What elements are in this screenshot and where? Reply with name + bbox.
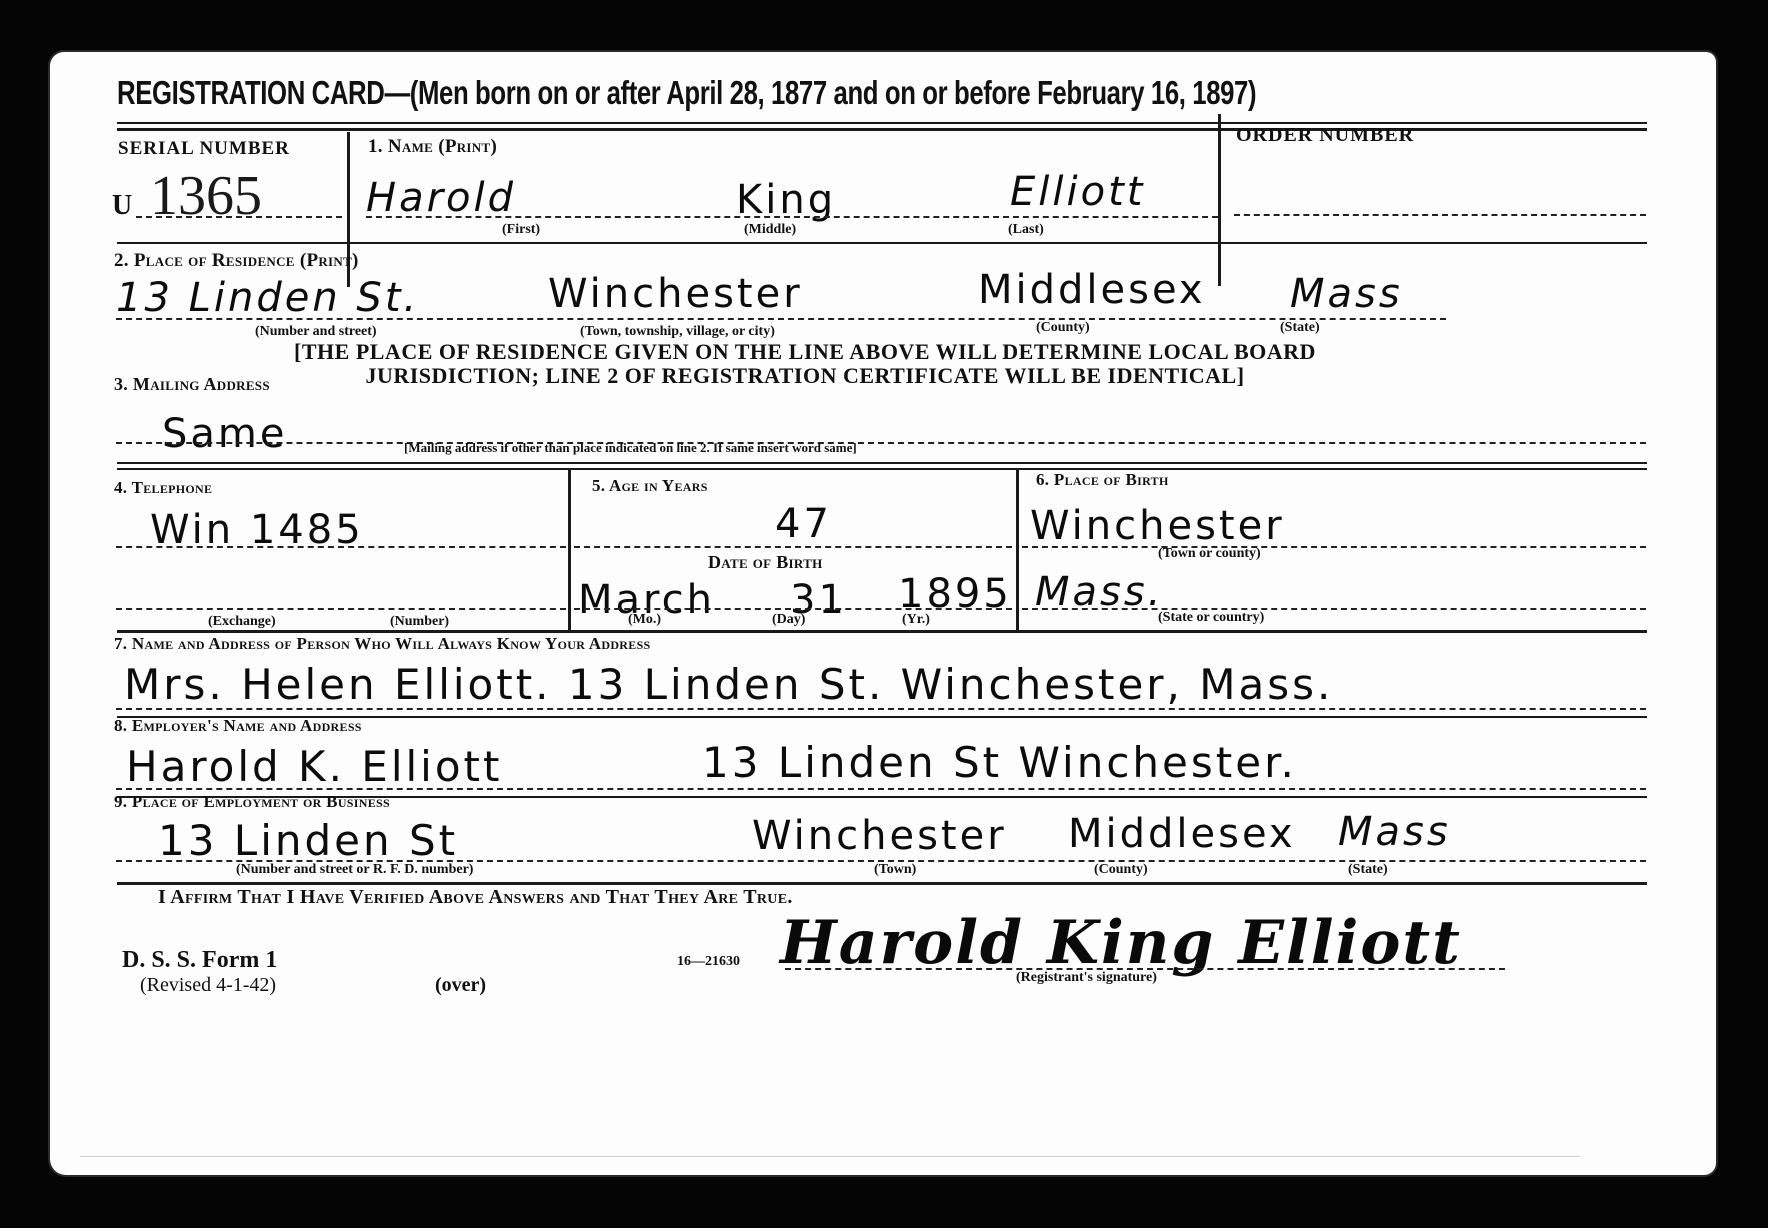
residence-state-caption: (State) [1280, 320, 1320, 336]
birthplace-state-line [1022, 608, 1646, 610]
mailing-line [116, 442, 1646, 444]
employer-name-value[interactable]: Harold K. Elliott [126, 746, 502, 788]
birthplace-town-caption: (Town or county) [1158, 546, 1261, 562]
contact-label: 7. Name and Address of Person Who Will A… [114, 634, 651, 654]
employer-address-value[interactable]: 13 Linden St Winchester. [702, 742, 1297, 784]
residence-state-value[interactable]: Mass [1290, 274, 1403, 314]
residence-line [116, 318, 1446, 320]
dob-label: Date of Birth [708, 552, 823, 573]
title-rule-2 [117, 128, 1647, 131]
notice-line-2: JURISDICTION; LINE 2 OF REGISTRATION CER… [205, 364, 1405, 388]
tel-age-divider [568, 468, 571, 630]
card-title: REGISTRATION CARD—(Men born on or after … [117, 74, 1256, 112]
employment-street-value[interactable]: 13 Linden St [158, 820, 458, 862]
card-edge-line [80, 1156, 1580, 1157]
row456-bottom-rule [117, 630, 1647, 633]
residence-town-value[interactable]: Winchester [548, 274, 803, 314]
dob-month-caption: (Mo.) [628, 612, 661, 628]
order-divider [1218, 114, 1221, 286]
telephone-line-2 [116, 608, 566, 610]
birthplace-town-line [1022, 546, 1646, 548]
first-name-value[interactable]: Harold [366, 178, 516, 218]
print-code: 16—21630 [677, 954, 740, 970]
residence-town-caption: (Town, township, village, or city) [580, 324, 775, 340]
residence-county-value[interactable]: Middlesex [978, 270, 1206, 310]
order-number-label: ORDER NUMBER [1236, 124, 1414, 147]
name-line [366, 216, 1218, 218]
birthplace-label: 6. Place of Birth [1036, 470, 1169, 490]
birthplace-state-caption: (State or country) [1158, 610, 1264, 626]
registration-card: REGISTRATION CARD—(Men born on or after … [50, 52, 1716, 1175]
notice-line-1: [THE PLACE OF RESIDENCE GIVEN ON THE LIN… [205, 340, 1405, 364]
dob-year-caption: (Yr.) [902, 612, 930, 628]
serial-prefix: U [112, 190, 132, 222]
row1-bottom-rule [117, 242, 1647, 244]
employer-line [116, 788, 1646, 790]
last-name-value[interactable]: Elliott [1010, 172, 1145, 212]
telephone-line [116, 546, 566, 548]
employment-county-value[interactable]: Middlesex [1068, 814, 1296, 854]
row9-bottom-rule [117, 882, 1647, 885]
title-rule [117, 122, 1647, 124]
telephone-value[interactable]: Win 1485 [150, 510, 364, 550]
dob-line [574, 608, 1012, 610]
form-name: D. S. S. Form 1 [122, 947, 277, 974]
serial-line [136, 216, 342, 218]
residence-label: 2. Place of Residence (Print) [114, 250, 359, 272]
age-value[interactable]: 47 [775, 504, 832, 544]
last-caption: (Last) [1008, 222, 1044, 238]
signature-caption: (Registrant's signature) [1016, 970, 1157, 986]
mailing-caption: [Mailing address if other than place ind… [404, 440, 857, 456]
exchange-caption: (Exchange) [208, 614, 276, 630]
row3-bottom-rule [117, 462, 1647, 470]
order-number-field[interactable] [1234, 214, 1646, 216]
employment-county-caption: (County) [1094, 862, 1148, 878]
contact-value[interactable]: Mrs. Helen Elliott. 13 Linden St. Winche… [124, 664, 1333, 706]
name-label: 1. Name (Print) [368, 136, 497, 158]
age-label: 5. Age in Years [592, 476, 708, 496]
age-line [574, 546, 1012, 548]
employment-place-label: 9. Place of Employment or Business [114, 792, 390, 812]
employment-town-caption: (Town) [874, 862, 916, 878]
dob-day-caption: (Day) [772, 612, 805, 628]
form-revised: (Revised 4-1-42) [140, 974, 276, 997]
serial-number-label: SERIAL NUMBER [118, 138, 290, 160]
contact-line [116, 708, 1646, 710]
middle-name-value[interactable]: King [736, 180, 836, 220]
employer-label: 8. Employer's Name and Address [114, 716, 362, 736]
first-caption: (First) [502, 222, 540, 238]
birthplace-state-value[interactable]: Mass. [1035, 572, 1163, 612]
residence-street-value[interactable]: 13 Linden St. [116, 278, 419, 318]
employment-town-value[interactable]: Winchester [752, 816, 1007, 856]
affirmation-text: I Affirm That I Have Verified Above Answ… [158, 886, 793, 909]
employment-street-caption: (Number and street or R. F. D. number) [236, 862, 473, 878]
number-caption: (Number) [390, 614, 449, 630]
middle-caption: (Middle) [744, 222, 796, 238]
over-note: (over) [435, 974, 486, 997]
jurisdiction-notice: [THE PLACE OF RESIDENCE GIVEN ON THE LIN… [205, 340, 1405, 388]
employment-state-value[interactable]: Mass [1338, 812, 1451, 852]
mailing-value[interactable]: Same [162, 414, 287, 454]
serial-number-value: 1365 [150, 164, 262, 228]
employment-state-caption: (State) [1348, 862, 1388, 878]
age-birth-divider [1016, 468, 1019, 630]
residence-county-caption: (County) [1036, 320, 1090, 336]
telephone-label: 4. Telephone [114, 478, 212, 498]
birthplace-town-value[interactable]: Winchester [1030, 506, 1285, 546]
mailing-label: 3. Mailing Address [114, 374, 270, 395]
residence-street-caption: (Number and street) [255, 324, 377, 340]
